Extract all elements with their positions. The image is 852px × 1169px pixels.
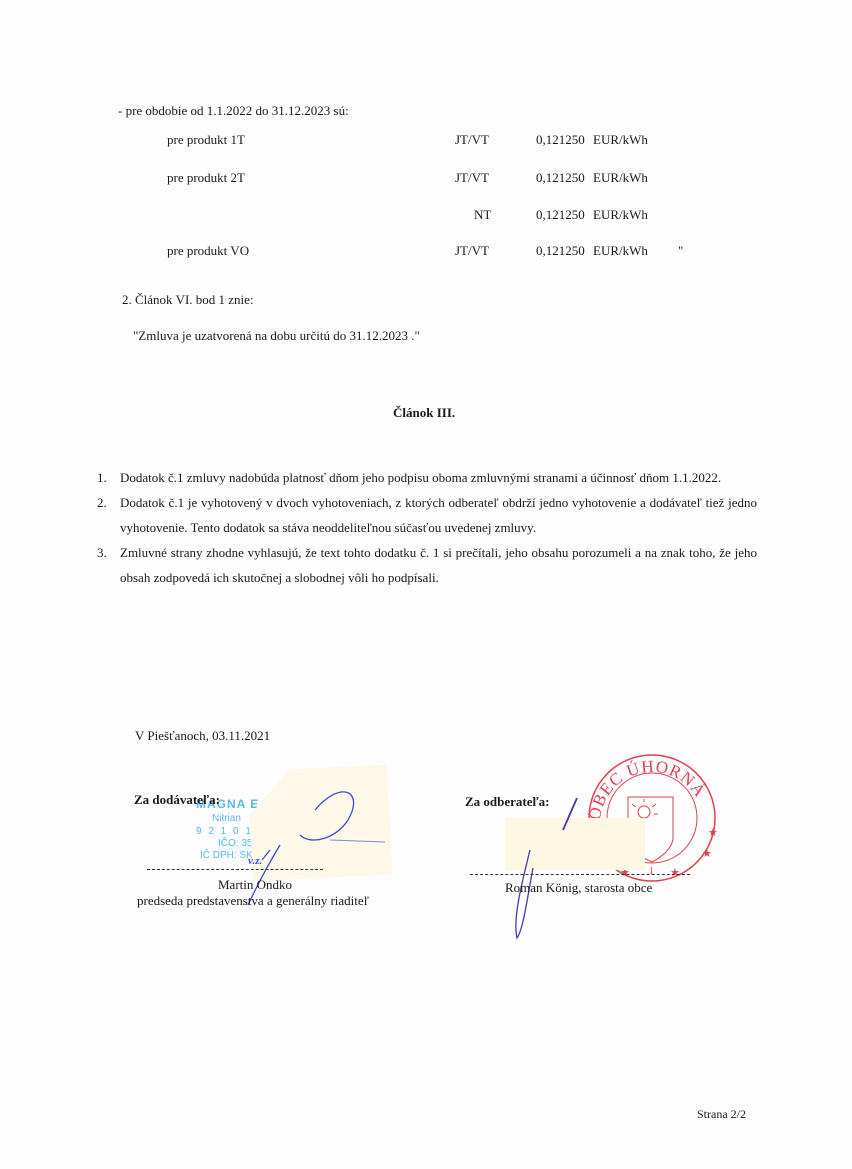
article-item-text: Zmluvné strany zhodne vyhlasujú, že text… (120, 540, 757, 590)
amendment-quote: "Zmluva je uzatvorená na dobu určitú do … (133, 328, 420, 344)
price-tariff: JT/VT (455, 243, 489, 259)
page-number: Strana 2/2 (697, 1107, 746, 1122)
price-value: 0,121250 (536, 170, 585, 186)
price-product: pre produkt 1T (167, 132, 245, 148)
article-item-number: 2. (97, 490, 107, 515)
closing-quote: " (678, 243, 683, 259)
price-value: 0,121250 (536, 132, 585, 148)
supplier-label: Za dodávateľa: (134, 792, 220, 808)
price-unit: EUR/kWh (593, 132, 648, 148)
customer-signature-icon (505, 790, 585, 950)
price-product: pre produkt 2T (167, 170, 245, 186)
article-item-number: 1. (97, 465, 107, 490)
article-title: Článok III. (393, 405, 455, 421)
customer-name: Roman König, starosta obce (505, 880, 652, 896)
article-item-number: 3. (97, 540, 107, 565)
price-value: 0,121250 (536, 207, 585, 223)
article-item: 1. Dodatok č.1 zmluvy nadobúda platnosť … (97, 465, 757, 490)
price-product: pre produkt VO (167, 243, 249, 259)
price-unit: EUR/kWh (593, 243, 648, 259)
price-period-intro: - pre obdobie od 1.1.2022 do 31.12.2023 … (118, 103, 349, 119)
price-value: 0,121250 (536, 243, 585, 259)
svg-text:★: ★ (670, 867, 680, 879)
price-tariff: JT/VT (455, 132, 489, 148)
place-date: V Piešťanoch, 03.11.2021 (135, 728, 270, 744)
customer-signature-line (470, 874, 690, 875)
supplier-role: predseda predstavenstva a generálny riad… (137, 893, 369, 909)
svg-text:★: ★ (708, 827, 718, 839)
price-unit: EUR/kWh (593, 170, 648, 186)
supplier-name: Martin Ondko (218, 877, 292, 893)
article-item: 3. Zmluvné strany zhodne vyhlasujú, že t… (97, 540, 757, 590)
svg-text:v.z.: v.z. (248, 855, 262, 867)
svg-text:★: ★ (702, 848, 712, 860)
amendment-heading: 2. Článok VI. bod 1 znie: (122, 292, 254, 308)
price-tariff: NT (474, 207, 491, 223)
price-tariff: JT/VT (455, 170, 489, 186)
supplier-signature-line (147, 869, 323, 870)
article-item: 2. Dodatok č.1 je vyhotovený v dvoch vyh… (97, 490, 757, 540)
svg-text:OBEC ÚHORNÁ: OBEC ÚHORNÁ (585, 757, 710, 822)
article-item-text: Dodatok č.1 zmluvy nadobúda platnosť dňo… (120, 465, 757, 490)
article-item-text: Dodatok č.1 je vyhotovený v dvoch vyhoto… (120, 490, 757, 540)
svg-text:1: 1 (649, 866, 654, 877)
price-unit: EUR/kWh (593, 207, 648, 223)
